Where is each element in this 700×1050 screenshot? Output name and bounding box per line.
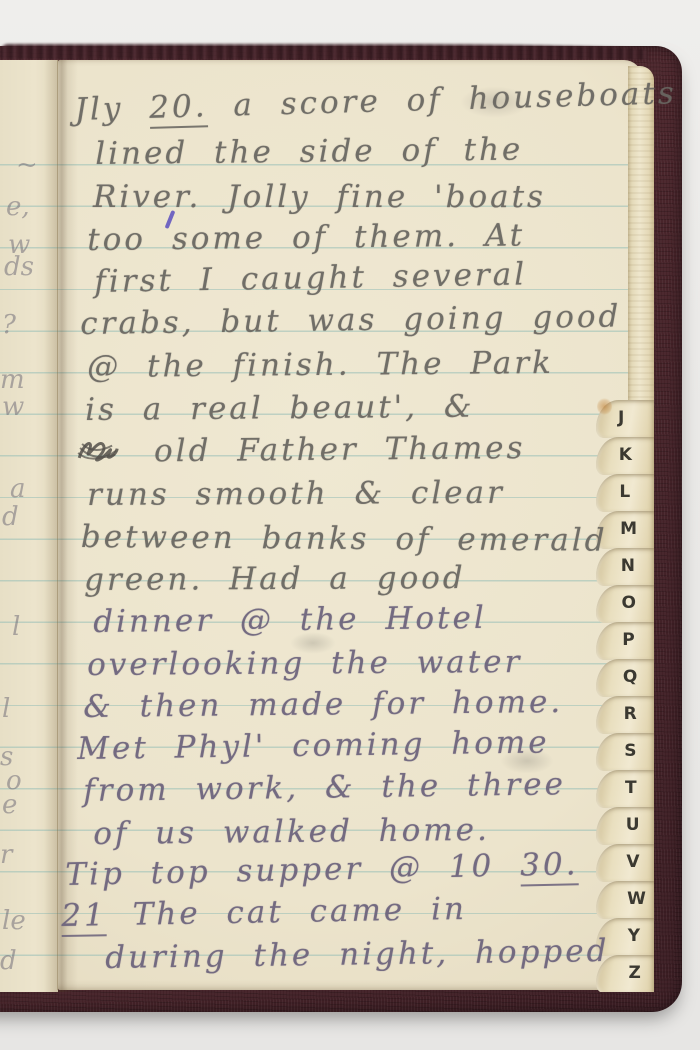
index-tab-letter: R xyxy=(596,696,654,733)
index-tab-p: P xyxy=(596,622,654,660)
index-tab-t: T xyxy=(596,770,654,808)
index-tab-letter: U xyxy=(596,807,654,844)
index-tab-letter: J xyxy=(596,400,654,437)
index-tab-letter: K xyxy=(596,437,654,474)
alphabet-tabs: JKLMNOPQRSTUVWYZ xyxy=(596,395,654,992)
previous-page-text-fragment: m xyxy=(0,365,25,395)
index-tab-letter: N xyxy=(596,548,654,585)
index-tab-j: J xyxy=(596,400,654,438)
index-tab-z: Z xyxy=(596,955,654,992)
index-tab-s: S xyxy=(596,733,654,771)
previous-page-text-fragment: l xyxy=(2,694,10,724)
index-tab-m: M xyxy=(596,511,654,549)
previous-page-text-fragment: r xyxy=(0,840,12,870)
previous-page-text-fragment: le xyxy=(2,906,26,936)
index-tab-l: L xyxy=(596,474,654,512)
previous-page-text-fragment: d xyxy=(0,946,17,976)
index-tab-letter: L xyxy=(596,474,654,511)
index-tab-o: O xyxy=(596,585,654,623)
page-fold-crease xyxy=(57,60,58,990)
previous-page-text-fragment: ~ xyxy=(16,150,38,180)
previous-page-text-fragment: l xyxy=(12,612,20,642)
index-tab-r: R xyxy=(596,696,654,734)
previous-page-text-fragment: ? xyxy=(2,310,16,340)
previous-page-text-fragment: a xyxy=(10,474,26,504)
index-tab-n: N xyxy=(596,548,654,586)
index-tab-letter: S xyxy=(596,733,654,770)
index-tab-letter: Y xyxy=(596,918,654,955)
index-tab-letter: Q xyxy=(596,659,654,696)
index-tab-y: Y xyxy=(596,918,654,956)
index-tab-v: V xyxy=(596,844,654,882)
index-tab-w: W xyxy=(596,881,654,919)
previous-page-text-fragment: ds xyxy=(4,252,34,282)
previous-page-text-fragment: w xyxy=(2,392,24,422)
index-tab-letter: P xyxy=(596,622,654,659)
index-tab-letter: O xyxy=(596,585,654,622)
index-tab-letter: T xyxy=(596,770,654,807)
photo-background: ~e,wds?mwadllsoerledal JKLMNOPQRSTUVWYZ … xyxy=(0,0,700,1050)
index-tab-u: U xyxy=(596,807,654,845)
index-tab-letter: W xyxy=(596,881,654,918)
previous-page-edge: ~e,wds?mwadllsoerledal xyxy=(0,60,58,992)
index-tab-letter: V xyxy=(596,844,654,881)
page-edge-stack xyxy=(628,66,654,408)
index-tab-letter: Z xyxy=(596,955,654,992)
notebook-page xyxy=(58,60,642,990)
previous-page-text-fragment: a xyxy=(6,990,22,992)
previous-page-text-fragment: e, xyxy=(6,192,30,222)
index-tab-letter: M xyxy=(596,511,654,548)
previous-page-text-fragment: e xyxy=(2,790,17,820)
cover-top-edge xyxy=(0,44,648,60)
index-tab-k: K xyxy=(596,437,654,475)
ruled-lines xyxy=(58,164,642,984)
previous-page-text-fragment: d xyxy=(2,502,19,532)
index-tab-q: Q xyxy=(596,659,654,697)
